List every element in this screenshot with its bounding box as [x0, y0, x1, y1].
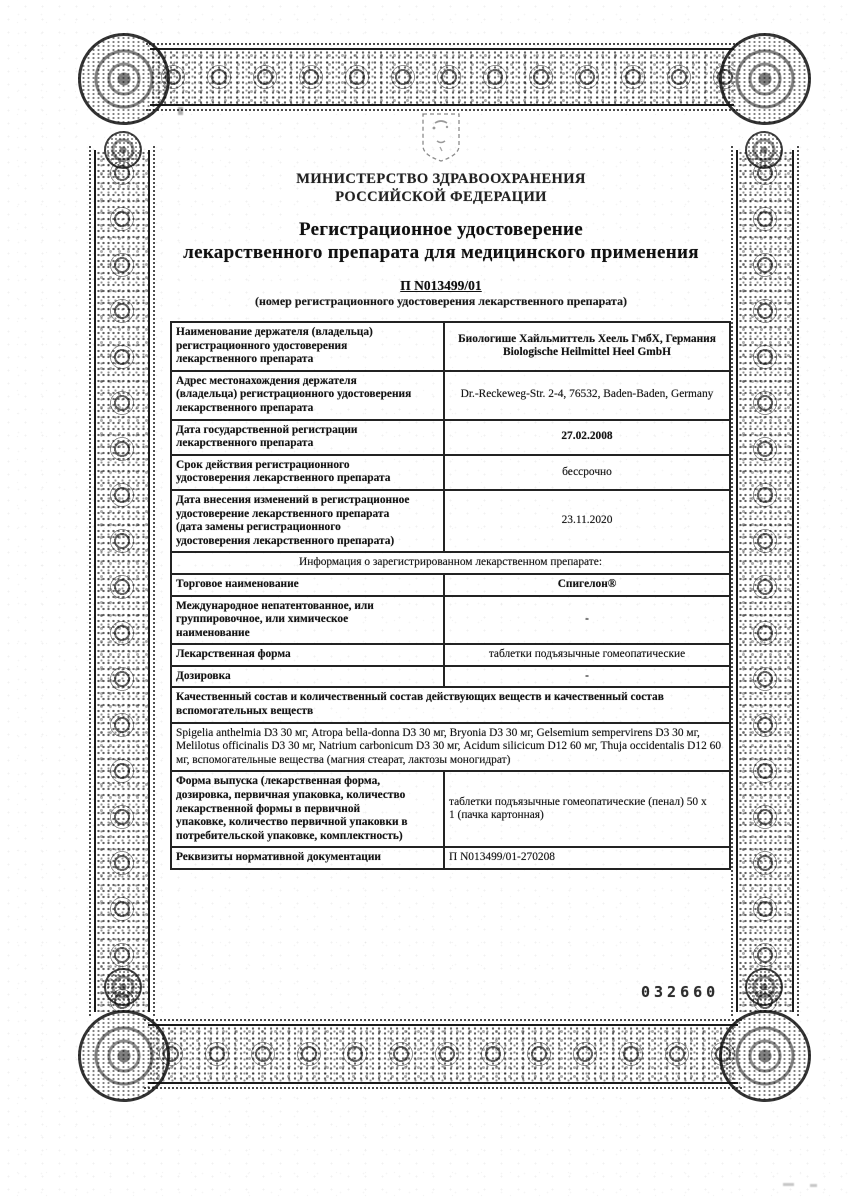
table-row: Дозировка-: [171, 666, 730, 688]
scan-artifact: [178, 107, 183, 115]
russia-coat-of-arms-icon: [418, 111, 464, 170]
table-cell-value: Спигелон®: [444, 574, 730, 596]
ministry-line-2: РОССИЙСКОЙ ФЕДЕРАЦИИ: [146, 188, 736, 206]
table-cell-span: Качественный состав и количественный сос…: [171, 687, 730, 722]
table-row: Форма выпуска (лекарственная форма, дози…: [171, 771, 730, 847]
table-cell-label: Наименование держателя (владельца) регис…: [171, 322, 444, 371]
table-cell-value: таблетки подъязычные гомеопатические: [444, 644, 730, 666]
table-cell-label: Лекарственная форма: [171, 644, 444, 666]
table-row: Дата внесения изменений в регистрационно…: [171, 490, 730, 552]
table-row: Реквизиты нормативной документацииП N013…: [171, 847, 730, 869]
table-row: Международное непатентованное, или групп…: [171, 596, 730, 645]
table-cell-label: Реквизиты нормативной документации: [171, 847, 444, 869]
document-title-line-1: Регистрационное удостоверение: [146, 218, 736, 241]
table-cell-value: бессрочно: [444, 455, 730, 490]
scan-artifact: [810, 1184, 817, 1187]
table-cell-value: 23.11.2020: [444, 490, 730, 552]
form-serial-number: 032660: [641, 983, 719, 1001]
table-cell-span: Информация о зарегистрированном лекарств…: [171, 552, 730, 574]
table-cell-value: -: [444, 596, 730, 645]
certificate-page: МИНИСТЕРСТВО ЗДРАВООХРАНЕНИЯ РОССИЙСКОЙ …: [0, 0, 849, 1200]
table-row: Торговое наименованиеСпигелон®: [171, 574, 730, 596]
table-row: Срок действия регистрационного удостовер…: [171, 455, 730, 490]
scan-artifact: [783, 1183, 794, 1186]
table-row: Дата государственной регистрации лекарст…: [171, 420, 730, 455]
table-cell-value: Биологише Хайльмиттель Хеель ГмбХ, Герма…: [444, 322, 730, 371]
certificate-number-caption: (номер регистрационного удостоверения ле…: [146, 294, 736, 309]
document-title: Регистрационное удостоверение лекарствен…: [146, 218, 736, 264]
ministry-name: МИНИСТЕРСТВО ЗДРАВООХРАНЕНИЯ РОССИЙСКОЙ …: [146, 170, 736, 206]
table-cell-label: Дата государственной регистрации лекарст…: [171, 420, 444, 455]
certificate-number: П N013499/01: [146, 278, 736, 294]
table-cell-value: Dr.-Reckeweg-Str. 2-4, 76532, Baden-Bade…: [444, 371, 730, 420]
table-cell-label: Срок действия регистрационного удостовер…: [171, 455, 444, 490]
table-cell-label: Торговое наименование: [171, 574, 444, 596]
table-cell-value: -: [444, 666, 730, 688]
table-cell-value: таблетки подъязычные гомеопатические (пе…: [444, 771, 730, 847]
ministry-line-1: МИНИСТЕРСТВО ЗДРАВООХРАНЕНИЯ: [146, 170, 736, 188]
table-row: Качественный состав и количественный сос…: [171, 687, 730, 722]
table-cell-value: 27.02.2008: [444, 420, 730, 455]
table-row: Наименование держателя (владельца) регис…: [171, 322, 730, 371]
table-cell-label: Адрес местонахождения держателя (владель…: [171, 371, 444, 420]
table-cell-label: Дозировка: [171, 666, 444, 688]
table-cell-span: Spigelia anthelmia D3 30 мг, Atropa bell…: [171, 723, 730, 772]
table-row: Информация о зарегистрированном лекарств…: [171, 552, 730, 574]
table-cell-value: П N013499/01-270208: [444, 847, 730, 869]
table-row: Лекарственная форматаблетки подъязычные …: [171, 644, 730, 666]
table-cell-label: Дата внесения изменений в регистрационно…: [171, 490, 444, 552]
registration-table: Наименование держателя (владельца) регис…: [170, 321, 731, 870]
table-cell-label: Форма выпуска (лекарственная форма, дози…: [171, 771, 444, 847]
document-title-line-2: лекарственного препарата для медицинског…: [146, 241, 736, 264]
table-row: Spigelia anthelmia D3 30 мг, Atropa bell…: [171, 723, 730, 772]
registration-table-body: Наименование держателя (владельца) регис…: [171, 322, 730, 869]
table-row: Адрес местонахождения держателя (владель…: [171, 371, 730, 420]
table-cell-label: Международное непатентованное, или групп…: [171, 596, 444, 645]
